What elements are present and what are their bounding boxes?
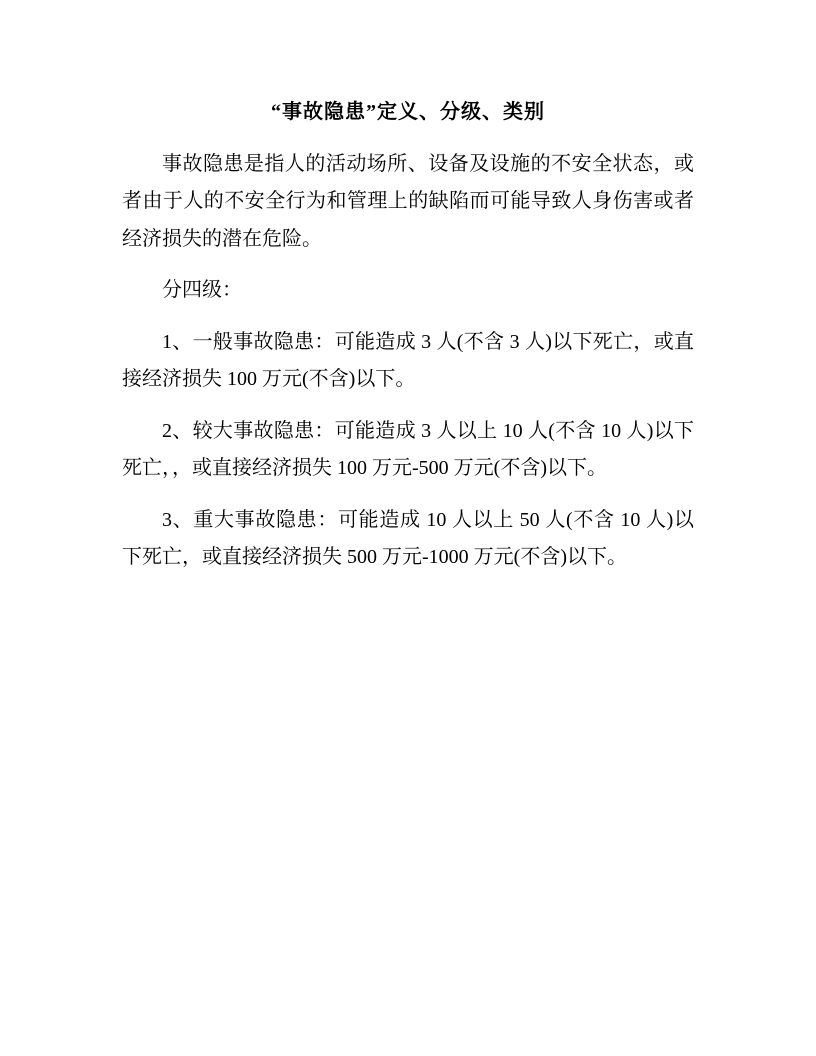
paragraph-level-1-general-hazard: 1、一般事故隐患：可能造成 3 人(不含 3 人)以下死亡，或直接经济损失 10…	[122, 324, 694, 399]
paragraph-levels-heading: 分四级：	[122, 272, 694, 310]
paragraph-level-3-major-hazard: 3、重大事故隐患：可能造成 10 人以上 50 人(不含 10 人)以下死亡，或…	[122, 502, 694, 577]
paragraph-level-2-larger-hazard: 2、较大事故隐患：可能造成 3 人以上 10 人(不含 10 人)以下死亡，，或…	[122, 413, 694, 488]
document-title: “事故隐患”定义、分级、类别	[122, 94, 694, 132]
paragraph-definition: 事故隐患是指人的活动场所、设备及设施的不安全状态，或者由于人的不安全行为和管理上…	[122, 146, 694, 259]
document-page: “事故隐患”定义、分级、类别 事故隐患是指人的活动场所、设备及设施的不安全状态，…	[0, 0, 816, 1056]
